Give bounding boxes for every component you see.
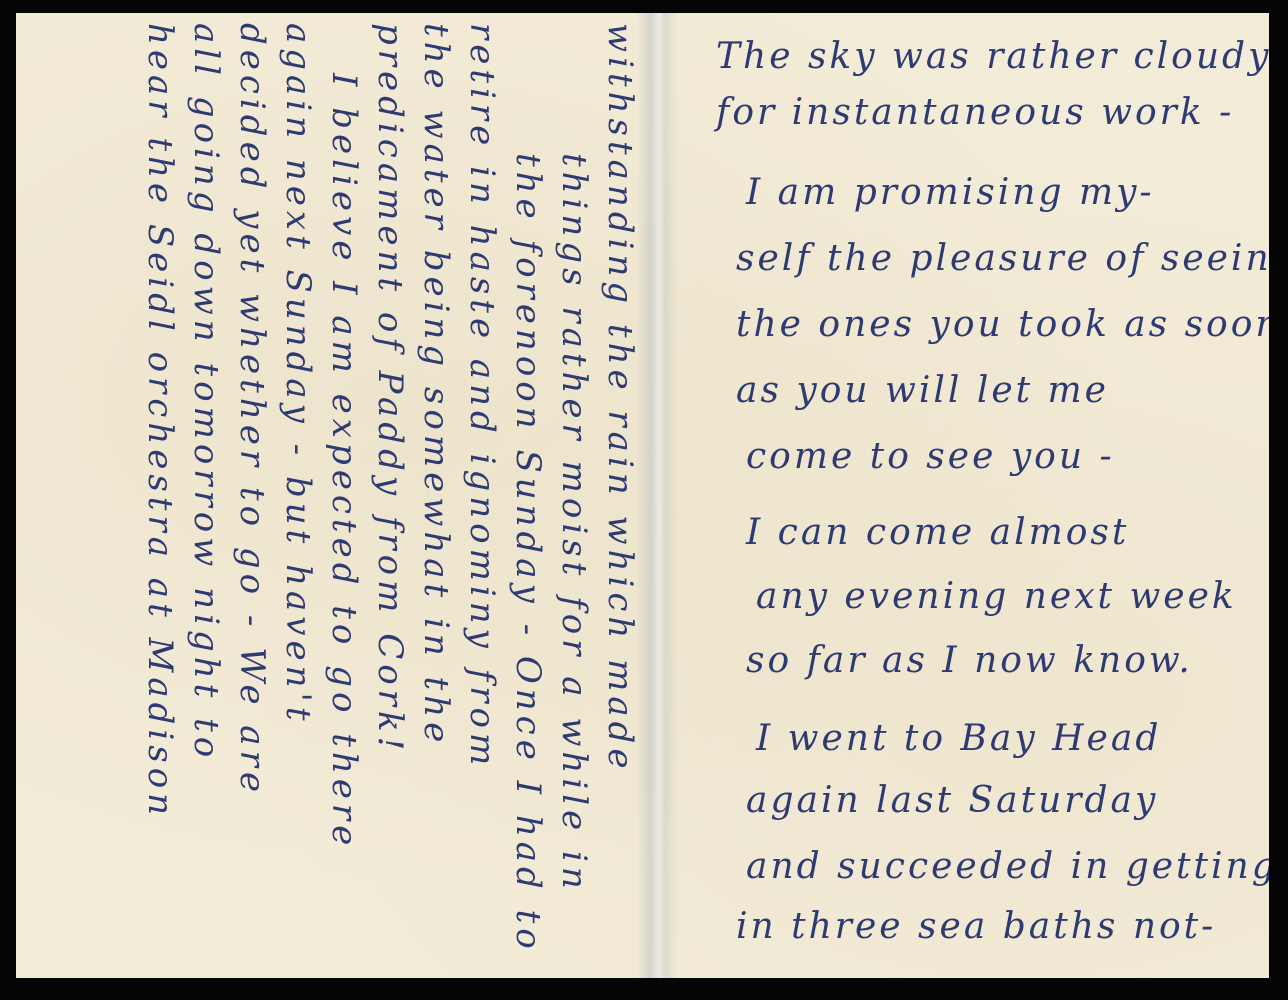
right-line-9: any evening next week	[756, 575, 1237, 619]
right-line-7: come to see you -	[746, 435, 1115, 479]
right-line-13: and succeeded in getting	[746, 845, 1269, 889]
right-line-4: self the pleasure of seein'	[736, 237, 1269, 281]
left-line-7: I believe I am expected to go there	[326, 73, 362, 850]
left-line-6: predicament of Paddy from Cork!	[372, 23, 408, 755]
left-line-3: the forenoon Sunday - Once I had to	[510, 153, 546, 954]
right-line-5: the ones you took as soon	[736, 303, 1269, 347]
left-page: withstanding the rain which made things …	[16, 13, 646, 978]
left-line-2: things rather moist for a while in	[556, 153, 592, 894]
letter-sheet: withstanding the rain which made things …	[16, 13, 1269, 978]
page-fold	[636, 13, 678, 978]
right-line-14: in three sea baths not-	[736, 905, 1216, 949]
right-line-12: again last Saturday	[746, 779, 1158, 823]
right-line-3: I am promising my-	[746, 171, 1155, 215]
right-line-11: I went to Bay Head	[756, 717, 1161, 761]
left-line-5: the water being somewhat in the	[418, 23, 454, 747]
left-line-8: again next Sunday - but haven't	[280, 23, 316, 726]
scanned-letter: withstanding the rain which made things …	[0, 0, 1288, 1000]
right-line-1: The sky was rather cloudy	[716, 35, 1269, 79]
left-line-1: withstanding the rain which made	[602, 23, 638, 774]
left-line-10: all going down tomorrow night to	[188, 23, 224, 762]
left-line-4: retire in haste and ignominy from	[464, 23, 500, 770]
right-line-6: as you will let me	[736, 369, 1109, 413]
left-line-11: hear the Seidl orchestra at Madison	[142, 23, 178, 820]
right-line-10: so far as I now know.	[746, 639, 1193, 683]
left-line-9: decided yet whether to go - We are	[234, 23, 270, 797]
right-page: The sky was rather cloudy for instantane…	[676, 13, 1269, 978]
right-line-2: for instantaneous work -	[716, 91, 1234, 135]
right-line-8: I can come almost	[746, 511, 1129, 555]
